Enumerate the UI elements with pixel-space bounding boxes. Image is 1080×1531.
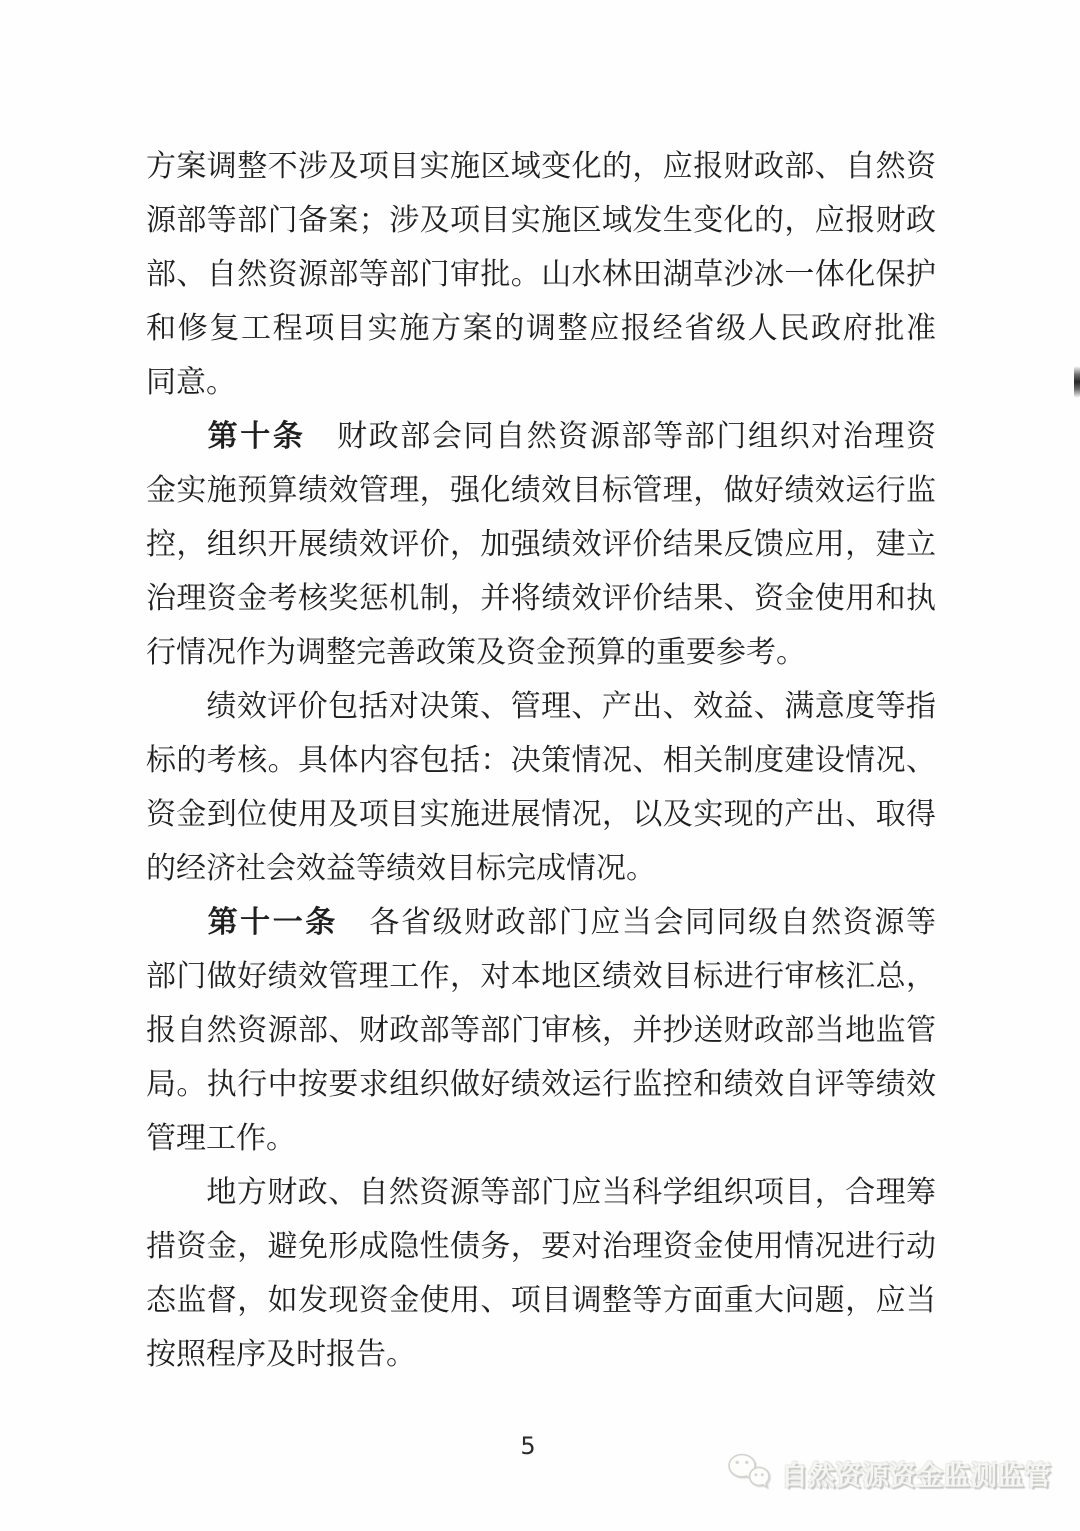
text-line: 源部等部门备案；涉及项目实施区域发生变化的，应报财政 xyxy=(146,194,936,248)
text-line: 同意。 xyxy=(146,356,936,410)
text-segment: 地方财政、自然资源等部门应当科学组织项目，合理筹 xyxy=(206,1176,936,1209)
text-line: 按照程序及时报告。 xyxy=(146,1328,936,1382)
text-segment: 方案调整不涉及项目实施区域变化的，应报财政部、自然资 xyxy=(146,150,936,183)
text-line: 方案调整不涉及项目实施区域变化的，应报财政部、自然资 xyxy=(146,140,936,194)
wechat-icon xyxy=(726,1452,772,1494)
text-line: 态监督，如发现资金使用、项目调整等方面重大问题，应当 xyxy=(146,1274,936,1328)
text-segment: 同意。 xyxy=(146,366,236,399)
page-number: 5 xyxy=(494,1432,562,1460)
text-segment: 局。执行中按要求组织做好绩效运行监控和绩效自评等绩效 xyxy=(146,1068,936,1101)
text-line: 局。执行中按要求组织做好绩效运行监控和绩效自评等绩效 xyxy=(146,1058,936,1112)
text-segment: 源部等部门备案；涉及项目实施区域发生变化的，应报财政 xyxy=(146,204,936,237)
article-number: 第十条 xyxy=(206,420,305,453)
text-segment: 部、自然资源部等部门审批。山水林田湖草沙冰一体化保护 xyxy=(146,258,936,291)
watermark: 自然资源资金监测监管 xyxy=(726,1452,1051,1494)
text-line: 的经济社会效益等绩效目标完成情况。 xyxy=(146,842,936,896)
text-segment: 和修复工程项目实施方案的调整应报经省级人民政府批准 xyxy=(146,312,936,345)
paragraph-indent xyxy=(146,715,206,716)
text-segment: 标的考核。具体内容包括：决策情况、相关制度建设情况、 xyxy=(146,744,936,777)
document-text: 方案调整不涉及项目实施区域变化的，应报财政部、自然资源部等部门备案；涉及项目实施… xyxy=(146,140,936,1382)
text-segment: 行情况作为调整完善政策及资金预算的重要参考。 xyxy=(146,636,806,669)
paragraph-indent xyxy=(146,1201,206,1202)
text-line: 控，组织开展绩效评价，加强绩效评价结果反馈应用，建立 xyxy=(146,518,936,572)
paragraph-indent xyxy=(146,931,206,932)
text-segment: 措资金，避免形成隐性债务，要对治理资金使用情况进行动 xyxy=(146,1230,936,1263)
text-segment: 财政部会同自然资源部等部门组织对治理资 xyxy=(305,420,936,453)
paragraph-indent xyxy=(146,445,206,446)
text-line: 和修复工程项目实施方案的调整应报经省级人民政府批准 xyxy=(146,302,936,356)
watermark-text: 自然资源资金监测监管 xyxy=(781,1454,1051,1493)
text-segment: 控，组织开展绩效评价，加强绩效评价结果反馈应用，建立 xyxy=(146,528,936,561)
text-line: 绩效评价包括对决策、管理、产出、效益、满意度等指 xyxy=(146,680,936,734)
text-line: 行情况作为调整完善政策及资金预算的重要参考。 xyxy=(146,626,936,680)
text-segment: 资金到位使用及项目实施进展情况，以及实现的产出、取得 xyxy=(146,798,936,831)
text-segment: 部门做好绩效管理工作，对本地区绩效目标进行审核汇总， xyxy=(146,960,936,993)
text-line: 管理工作。 xyxy=(146,1112,936,1166)
text-segment: 的经济社会效益等绩效目标完成情况。 xyxy=(146,852,656,885)
text-line: 第十条 财政部会同自然资源部等部门组织对治理资 xyxy=(146,410,936,464)
text-line: 第十一条 各省级财政部门应当会同同级自然资源等 xyxy=(146,896,936,950)
scan-artifact xyxy=(1074,366,1080,398)
text-segment: 报自然资源部、财政部等部门审核，并抄送财政部当地监管 xyxy=(146,1014,936,1047)
text-line: 金实施预算绩效管理，强化绩效目标管理，做好绩效运行监 xyxy=(146,464,936,518)
text-line: 资金到位使用及项目实施进展情况，以及实现的产出、取得 xyxy=(146,788,936,842)
text-segment: 各省级财政部门应当会同同级自然资源等 xyxy=(338,906,936,939)
text-line: 标的考核。具体内容包括：决策情况、相关制度建设情况、 xyxy=(146,734,936,788)
text-segment: 按照程序及时报告。 xyxy=(146,1338,416,1371)
text-line: 治理资金考核奖惩机制，并将绩效评价结果、资金使用和执 xyxy=(146,572,936,626)
text-line: 部、自然资源部等部门审批。山水林田湖草沙冰一体化保护 xyxy=(146,248,936,302)
text-line: 部门做好绩效管理工作，对本地区绩效目标进行审核汇总， xyxy=(146,950,936,1004)
text-segment: 管理工作。 xyxy=(146,1122,296,1155)
text-segment: 金实施预算绩效管理，强化绩效目标管理，做好绩效运行监 xyxy=(146,474,936,507)
text-line: 报自然资源部、财政部等部门审核，并抄送财政部当地监管 xyxy=(146,1004,936,1058)
text-line: 措资金，避免形成隐性债务，要对治理资金使用情况进行动 xyxy=(146,1220,936,1274)
text-segment: 态监督，如发现资金使用、项目调整等方面重大问题，应当 xyxy=(146,1284,936,1317)
article-number: 第十一条 xyxy=(206,906,338,939)
text-segment: 治理资金考核奖惩机制，并将绩效评价结果、资金使用和执 xyxy=(146,582,936,615)
document-page: 方案调整不涉及项目实施区域变化的，应报财政部、自然资源部等部门备案；涉及项目实施… xyxy=(0,0,1080,1531)
text-segment: 绩效评价包括对决策、管理、产出、效益、满意度等指 xyxy=(206,690,936,723)
text-line: 地方财政、自然资源等部门应当科学组织项目，合理筹 xyxy=(146,1166,936,1220)
